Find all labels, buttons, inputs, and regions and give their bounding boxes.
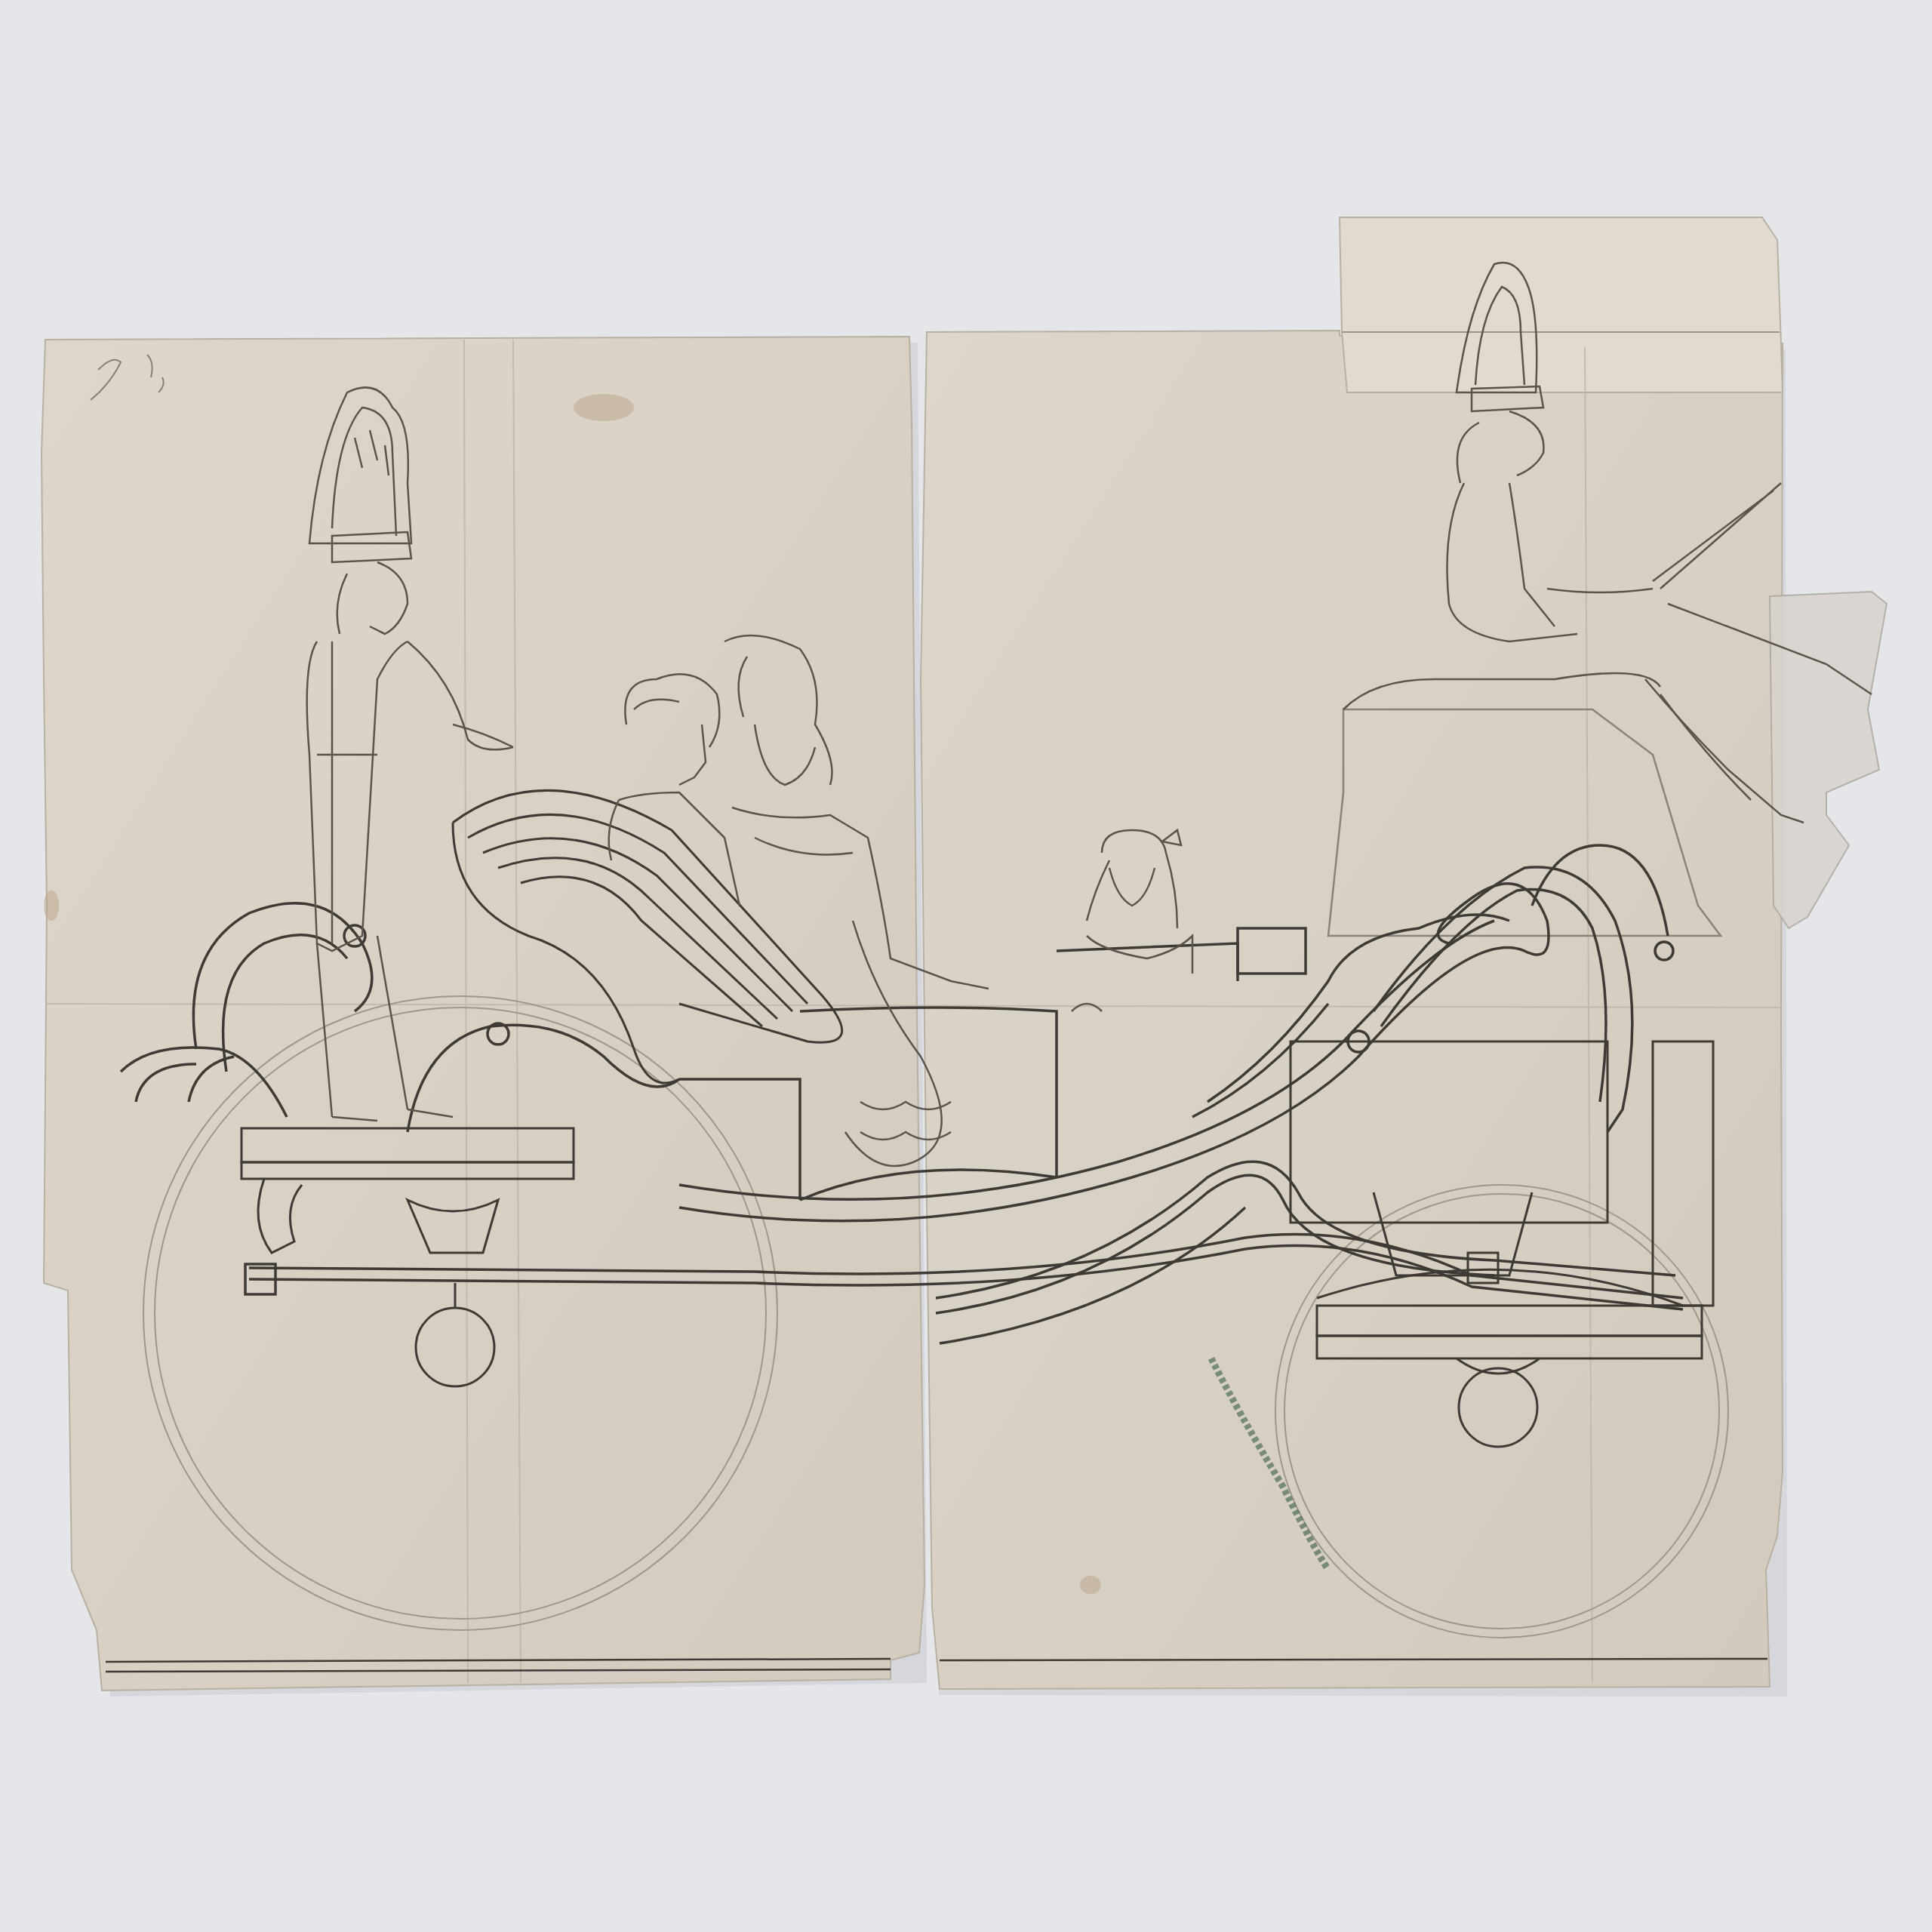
drawing-svg — [0, 0, 1932, 1932]
photo-scene: Photograph of an antique pencil-and-ink … — [0, 0, 1932, 1932]
left-sheet — [42, 337, 924, 1690]
top-right-flap — [1340, 217, 1783, 392]
